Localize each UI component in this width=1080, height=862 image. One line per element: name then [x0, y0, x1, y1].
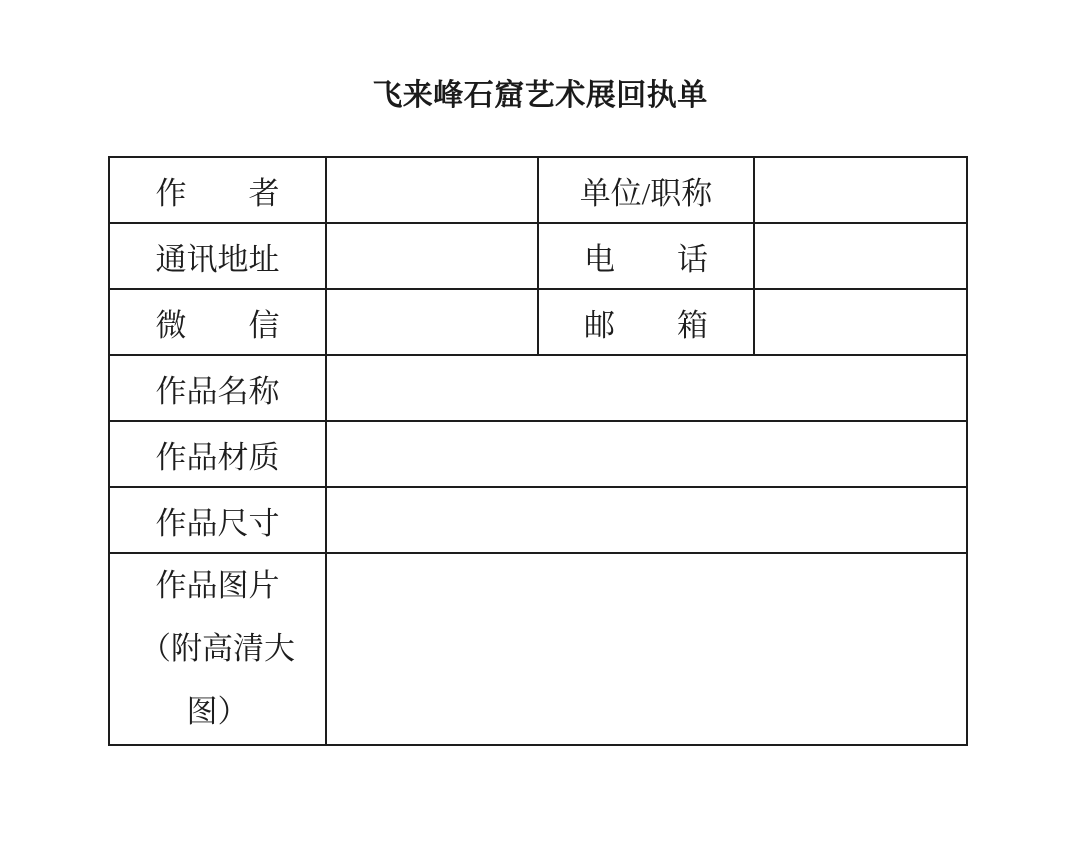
- author-label-cell: 作者: [109, 157, 326, 223]
- email-label: 邮箱: [584, 300, 708, 345]
- unit-title-label-cell: 单位/职称: [538, 157, 754, 223]
- work-size-label: 作品尺寸: [156, 506, 280, 541]
- reply-form-table: 作者 单位/职称 通讯地址 电话 微信: [108, 156, 968, 746]
- wechat-value-cell: [326, 289, 538, 355]
- table-row-work-material: 作品材质: [109, 421, 967, 487]
- work-name-label: 作品名称: [156, 374, 280, 409]
- author-value-cell: [326, 157, 538, 223]
- unit-title-label: 单位/职称: [580, 176, 713, 211]
- work-image-label-line-1: 作品图片: [156, 569, 280, 603]
- phone-label: 电话: [584, 234, 708, 279]
- work-image-value-cell: [326, 553, 967, 745]
- work-name-value-cell: [326, 355, 967, 421]
- table-row-address: 通讯地址 电话: [109, 223, 967, 289]
- unit-title-value-cell: [754, 157, 967, 223]
- address-value-cell: [326, 223, 538, 289]
- address-label: 通讯地址: [156, 242, 280, 277]
- phone-label-cell: 电话: [538, 223, 754, 289]
- work-material-label: 作品材质: [156, 440, 280, 475]
- work-material-value-cell: [326, 421, 967, 487]
- phone-value-cell: [754, 223, 967, 289]
- work-image-label-line-3: 图）: [187, 695, 249, 729]
- table-row-work-size: 作品尺寸: [109, 487, 967, 553]
- wechat-label: 微信: [156, 300, 280, 345]
- work-size-value-cell: [326, 487, 967, 553]
- work-size-label-cell: 作品尺寸: [109, 487, 326, 553]
- work-material-label-cell: 作品材质: [109, 421, 326, 487]
- email-label-cell: 邮箱: [538, 289, 754, 355]
- table-row-wechat: 微信 邮箱: [109, 289, 967, 355]
- table-row-work-image: 作品图片 （附高清大 图）: [109, 553, 967, 745]
- author-label: 作者: [156, 168, 280, 213]
- table-row-work-name: 作品名称: [109, 355, 967, 421]
- address-label-cell: 通讯地址: [109, 223, 326, 289]
- table-row-author: 作者 单位/职称: [109, 157, 967, 223]
- work-name-label-cell: 作品名称: [109, 355, 326, 421]
- form-title: 飞来峰石窟艺术展回执单: [0, 70, 1080, 114]
- work-image-label-cell: 作品图片 （附高清大 图）: [109, 553, 326, 745]
- email-value-cell: [754, 289, 967, 355]
- document-page: 飞来峰石窟艺术展回执单 作者 单位/职称 通讯地址: [0, 0, 1080, 862]
- wechat-label-cell: 微信: [109, 289, 326, 355]
- work-image-label-line-2: （附高清大: [140, 632, 295, 666]
- work-image-label: 作品图片 （附高清大 图）: [110, 554, 325, 744]
